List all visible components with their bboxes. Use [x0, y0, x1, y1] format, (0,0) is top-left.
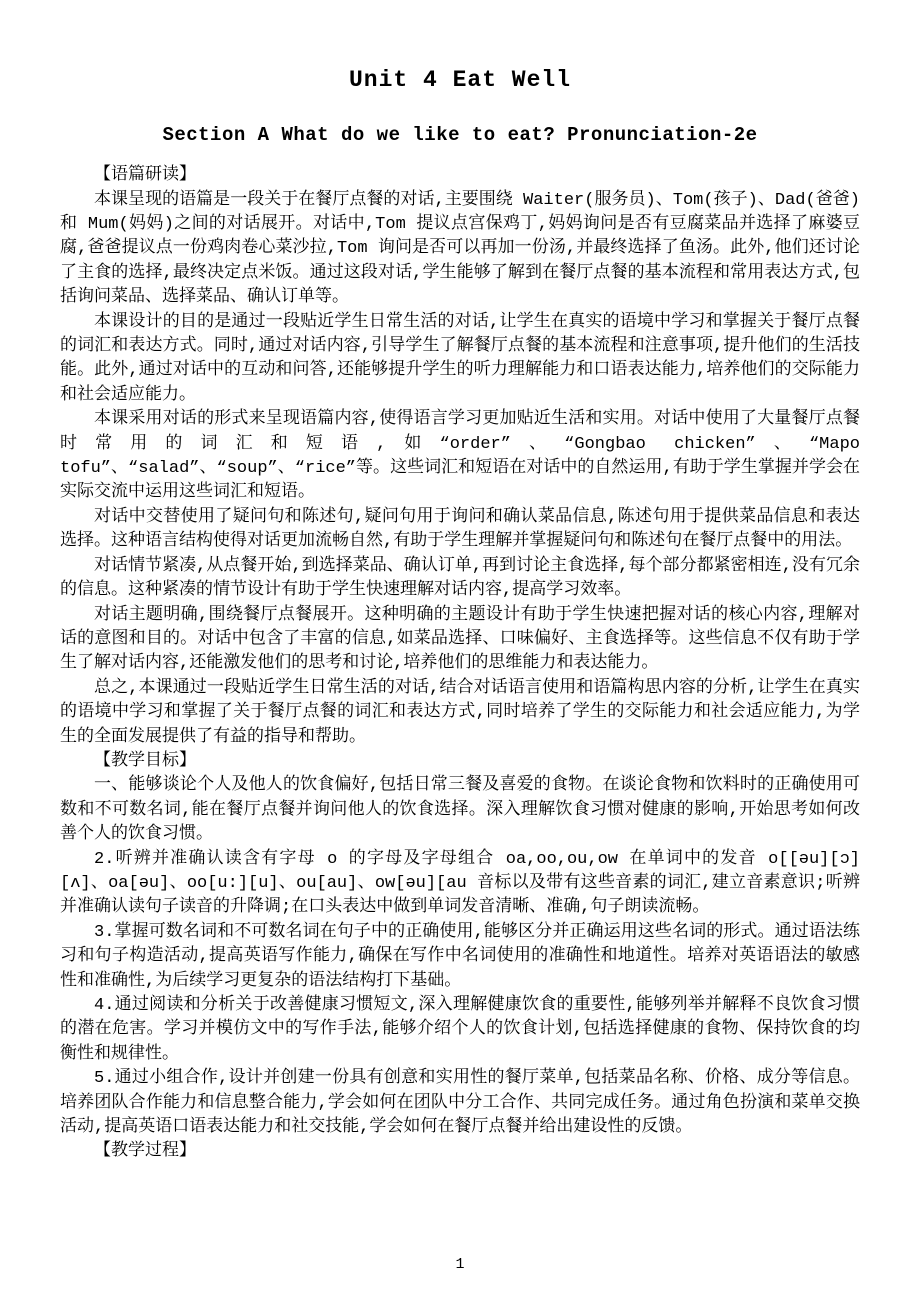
- paragraph: 本课呈现的语篇是一段关于在餐厅点餐的对话,主要围绕 Waiter(服务员)、To…: [60, 189, 860, 311]
- page-number: 1: [0, 1257, 920, 1272]
- section-heading: 【教学目标】: [60, 750, 860, 774]
- paragraph: 一、能够谈论个人及他人的饮食偏好,包括日常三餐及喜爱的食物。在谈论食物和饮料时的…: [60, 774, 860, 847]
- document-body: 【语篇研读】本课呈现的语篇是一段关于在餐厅点餐的对话,主要围绕 Waiter(服…: [60, 164, 860, 1165]
- paragraph: 对话主题明确,围绕餐厅点餐展开。这种明确的主题设计有助于学生快速把握对话的核心内…: [60, 604, 860, 677]
- paragraph: 3.掌握可数名词和不可数名词在句子中的正确使用,能够区分并正确运用这些名词的形式…: [60, 921, 860, 994]
- section-heading: 【语篇研读】: [60, 164, 860, 188]
- paragraph: 2.听辨并准确认读含有字母 o 的字母及字母组合 oa,oo,ou,ow 在单词…: [60, 848, 860, 921]
- document-page: Unit 4 Eat Well Section A What do we lik…: [0, 0, 920, 1302]
- document-subtitle: Section A What do we like to eat? Pronun…: [60, 125, 860, 146]
- paragraph: 4.通过阅读和分析关于改善健康习惯短文,深入理解健康饮食的重要性,能够列举并解释…: [60, 994, 860, 1067]
- section-heading: 【教学过程】: [60, 1140, 860, 1164]
- paragraph: 本课设计的目的是通过一段贴近学生日常生活的对话,让学生在真实的语境中学习和掌握关…: [60, 311, 860, 409]
- paragraph: 总之,本课通过一段贴近学生日常生活的对话,结合对话语言使用和语篇构思内容的分析,…: [60, 677, 860, 750]
- paragraph: 对话情节紧凑,从点餐开始,到选择菜品、确认订单,再到讨论主食选择,每个部分都紧密…: [60, 555, 860, 604]
- document-title: Unit 4 Eat Well: [60, 68, 860, 93]
- paragraph: 5.通过小组合作,设计并创建一份具有创意和实用性的餐厅菜单,包括菜品名称、价格、…: [60, 1067, 860, 1140]
- paragraph: 对话中交替使用了疑问句和陈述句,疑问句用于询问和确认菜品信息,陈述句用于提供菜品…: [60, 506, 860, 555]
- paragraph: 本课采用对话的形式来呈现语篇内容,使得语言学习更加贴近生活和实用。对话中使用了大…: [60, 408, 860, 506]
